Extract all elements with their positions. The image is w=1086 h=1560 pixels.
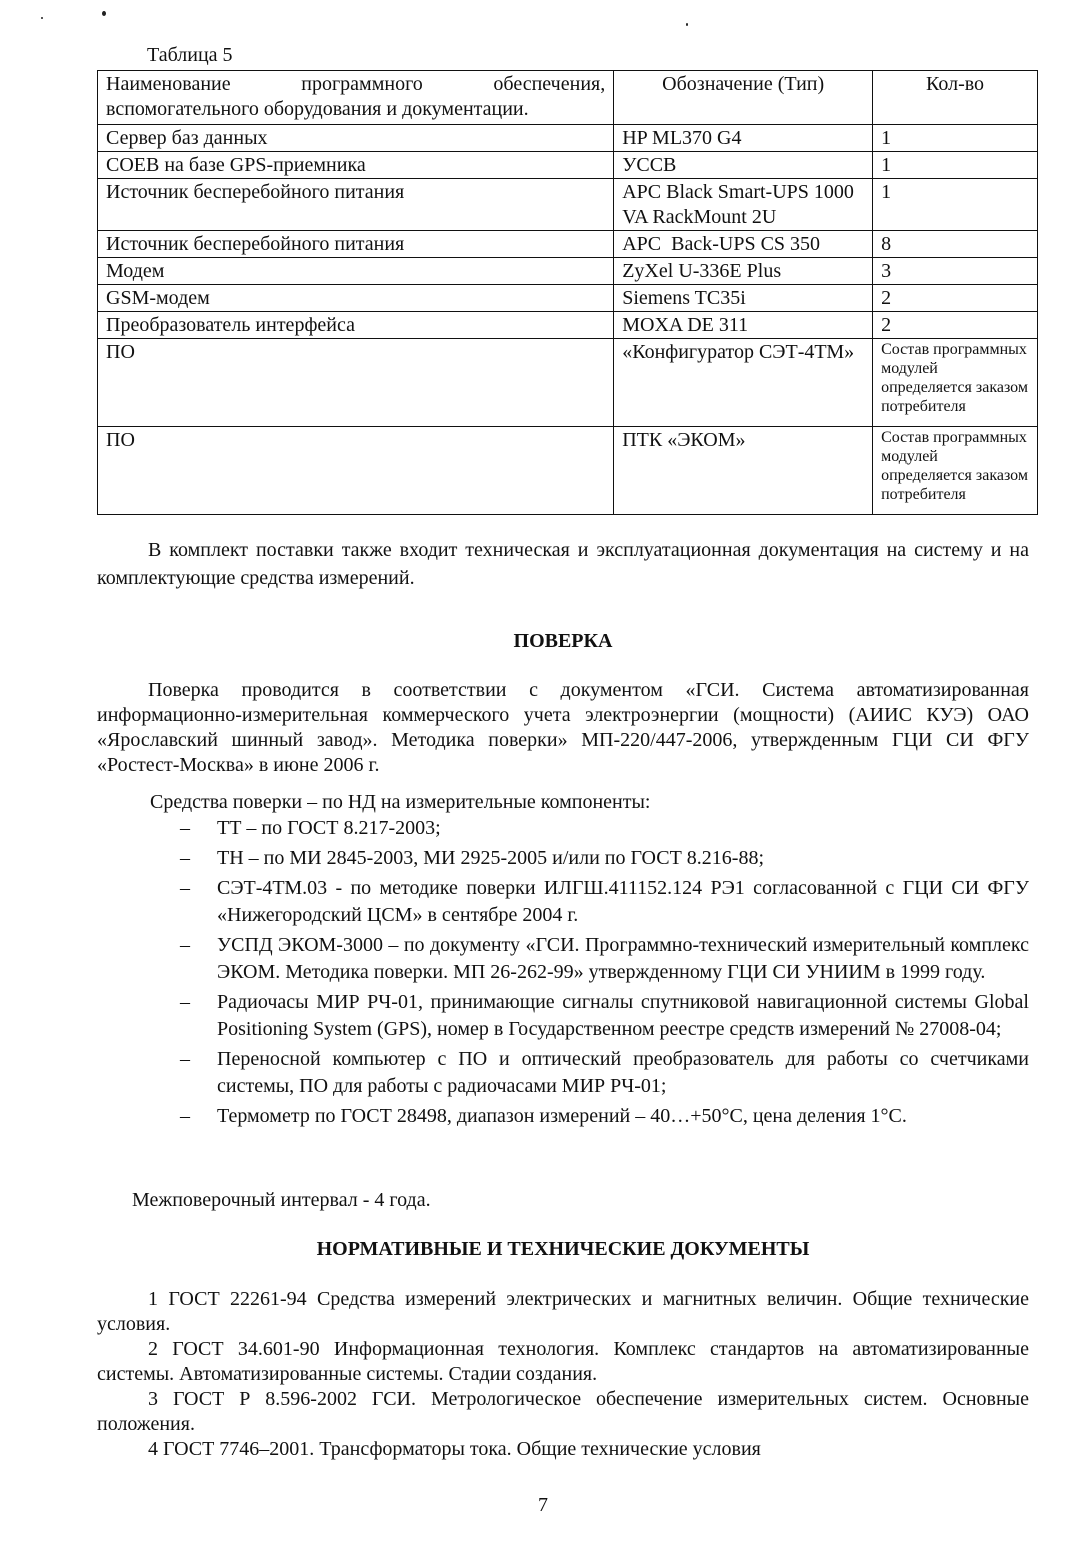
list-item: –ТН – по МИ 2845-2003, МИ 2925-2005 и/ил… bbox=[180, 845, 1029, 872]
table-row: ПО «Конфигуратор СЭТ-4ТМ» Состав програм… bbox=[98, 339, 1038, 427]
cell-name: Преобразователь интерфейса bbox=[98, 312, 614, 339]
table-row: ПО ПТК «ЭКОМ» Состав программных модулей… bbox=[98, 427, 1038, 515]
normative-item: 3 ГОСТ Р 8.596-2002 ГСИ. Метрологическое… bbox=[97, 1387, 1029, 1437]
verification-means-intro: Средства поверки – по НД на измерительны… bbox=[150, 788, 1030, 816]
header-type: Обозначение (Тип) bbox=[614, 71, 873, 125]
dash-bullet-icon: – bbox=[180, 875, 190, 902]
cell-name: ПО bbox=[98, 427, 614, 515]
section-heading-verification: ПОВЕРКА bbox=[97, 630, 1029, 653]
cell-name: Источник бесперебойного питания bbox=[98, 231, 614, 258]
table-row: GSM-модем Siemens TC35i 2 bbox=[98, 285, 1038, 312]
dash-bullet-icon: – bbox=[180, 815, 190, 842]
dash-bullet-icon: – bbox=[180, 1046, 190, 1073]
cell-name: Источник бесперебойного питания bbox=[98, 179, 614, 231]
section-heading-normative: НОРМАТИВНЫЕ И ТЕХНИЧЕСКИЕ ДОКУМЕНТЫ bbox=[97, 1238, 1029, 1261]
cell-name: Модем bbox=[98, 258, 614, 285]
cell-name: GSM-модем bbox=[98, 285, 614, 312]
cell-type: APC Black Smart-UPS 1000 VA RackMount 2U bbox=[614, 179, 873, 231]
list-item: –Переносной компьютер с ПО и оптический … bbox=[180, 1046, 1029, 1100]
cell-qty: Состав программных модулей определяется … bbox=[873, 427, 1038, 515]
list-item: –Радиочасы МИР РЧ-01, принимающие сигнал… bbox=[180, 989, 1029, 1043]
delivery-paragraph: В комплект поставки также входит техниче… bbox=[97, 536, 1029, 592]
verification-means-list: –ТТ – по ГОСТ 8.217-2003; –ТН – по МИ 28… bbox=[180, 815, 1029, 1133]
list-item: –Термометр по ГОСТ 28498, диапазон измер… bbox=[180, 1103, 1029, 1130]
verification-paragraph: Поверка проводится в соответствии с доку… bbox=[97, 678, 1029, 778]
cell-qty: 1 bbox=[873, 152, 1038, 179]
dash-bullet-icon: – bbox=[180, 989, 190, 1016]
verification-interval: Межповерочный интервал - 4 года. bbox=[132, 1186, 1064, 1214]
equipment-table: Наименование программного обеспечения, в… bbox=[97, 70, 1038, 515]
cell-type: HP ML370 G4 bbox=[614, 125, 873, 152]
normative-list: 1 ГОСТ 22261-94 Средства измерений элект… bbox=[97, 1287, 1029, 1462]
cell-qty: 1 bbox=[873, 125, 1038, 152]
cell-type: УССВ bbox=[614, 152, 873, 179]
cell-type: ПТК «ЭКОМ» bbox=[614, 427, 873, 515]
table-header-row: Наименование программного обеспечения, в… bbox=[98, 71, 1038, 125]
header-name: Наименование программного обеспечения, в… bbox=[98, 71, 614, 125]
cell-name: ПО bbox=[98, 339, 614, 427]
cell-qty: 8 bbox=[873, 231, 1038, 258]
cell-qty: 2 bbox=[873, 312, 1038, 339]
dash-bullet-icon: – bbox=[180, 1103, 190, 1130]
page-number: 7 bbox=[0, 1494, 1086, 1517]
cell-type: APC Back-UPS CS 350 bbox=[614, 231, 873, 258]
cell-qty: 1 bbox=[873, 179, 1038, 231]
cell-qty: 3 bbox=[873, 258, 1038, 285]
normative-item: 4 ГОСТ 7746–2001. Трансформаторы тока. О… bbox=[97, 1437, 1029, 1462]
table-row: Источник бесперебойного питания APC Back… bbox=[98, 231, 1038, 258]
list-item: –УСПД ЭКОМ-3000 – по документу «ГСИ. Про… bbox=[180, 932, 1029, 986]
cell-qty: Состав программных модулей определяется … bbox=[873, 339, 1038, 427]
normative-item: 1 ГОСТ 22261-94 Средства измерений элект… bbox=[97, 1287, 1029, 1337]
table-row: Модем ZyXel U-336E Plus 3 bbox=[98, 258, 1038, 285]
table-caption: Таблица 5 bbox=[147, 44, 233, 67]
normative-item: 2 ГОСТ 34.601-90 Информационная технолог… bbox=[97, 1337, 1029, 1387]
dash-bullet-icon: – bbox=[180, 932, 190, 959]
table-row: Источник бесперебойного питания APC Blac… bbox=[98, 179, 1038, 231]
scan-speck bbox=[41, 17, 43, 19]
cell-name: СОЕВ на базе GPS-приемника bbox=[98, 152, 614, 179]
cell-qty: 2 bbox=[873, 285, 1038, 312]
cell-type: Siemens TC35i bbox=[614, 285, 873, 312]
cell-name: Сервер баз данных bbox=[98, 125, 614, 152]
cell-type: «Конфигуратор СЭТ-4ТМ» bbox=[614, 339, 873, 427]
cell-type: ZyXel U-336E Plus bbox=[614, 258, 873, 285]
dash-bullet-icon: – bbox=[180, 845, 190, 872]
scan-speck bbox=[102, 11, 106, 16]
list-item: –СЭТ-4ТМ.03 - по методике поверки ИЛГШ.4… bbox=[180, 875, 1029, 929]
cell-type: MOXA DE 311 bbox=[614, 312, 873, 339]
header-qty: Кол-во bbox=[873, 71, 1038, 125]
scan-speck bbox=[686, 23, 688, 26]
list-item: –ТТ – по ГОСТ 8.217-2003; bbox=[180, 815, 1029, 842]
table-row: Сервер баз данных HP ML370 G4 1 bbox=[98, 125, 1038, 152]
table-row: СОЕВ на базе GPS-приемника УССВ 1 bbox=[98, 152, 1038, 179]
table-row: Преобразователь интерфейса MOXA DE 311 2 bbox=[98, 312, 1038, 339]
